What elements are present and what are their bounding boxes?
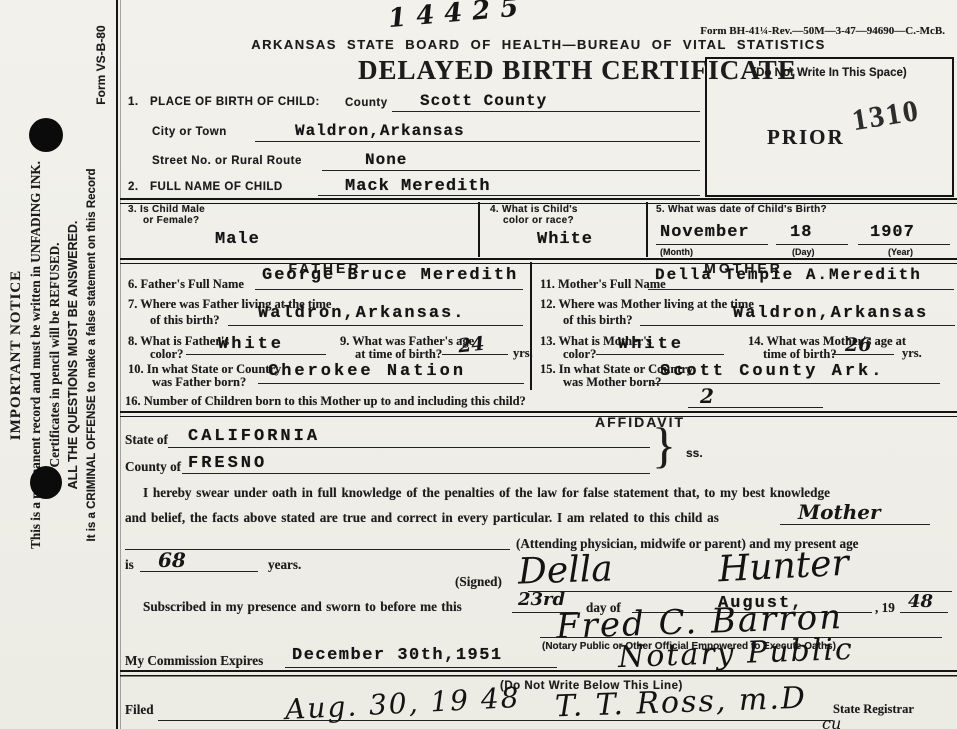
signed-label: (Signed) bbox=[455, 574, 502, 590]
side-form-number: Form VS-B-80 bbox=[94, 12, 108, 118]
sex-value: Male bbox=[215, 230, 260, 249]
filed-label: Filed bbox=[125, 702, 154, 718]
county-of-label: County of bbox=[125, 459, 181, 475]
county-label: County bbox=[345, 97, 388, 109]
field-4-label-2: color or race? bbox=[503, 215, 574, 226]
child-name-line bbox=[318, 195, 700, 196]
field-12-label-2: of this birth? bbox=[563, 313, 632, 328]
mother-birthplace-line bbox=[652, 383, 940, 384]
field-10-label-2: was Father born? bbox=[152, 375, 246, 390]
field-4-label: 4. What is Child's bbox=[490, 204, 578, 215]
father-name-value: George Bruce Meredith bbox=[262, 266, 518, 285]
mother-name-value: Della Tempie A.Meredith bbox=[655, 266, 922, 284]
field-13-label-2: color? bbox=[563, 347, 596, 362]
affiant-signature-first: Della bbox=[517, 548, 613, 592]
father-birthplace-line bbox=[258, 383, 524, 384]
field-12-label: 12. Where was Mother living at the time bbox=[540, 297, 754, 312]
father-name-line bbox=[255, 289, 523, 290]
father-residence-value: Waldron,Arkansas. bbox=[258, 304, 465, 323]
registrar-signature: T. T. Ross, m.D bbox=[554, 681, 807, 725]
do-not-write-box: (Do Not Write In This Space) PRIOR 1310 bbox=[705, 57, 954, 197]
registrar-initials: cu bbox=[822, 714, 841, 729]
county-value: Scott County bbox=[420, 92, 547, 110]
parent-divider bbox=[530, 262, 532, 390]
cell-divider bbox=[646, 202, 648, 257]
notice-title: IMPORTANT NOTICE bbox=[7, 33, 26, 677]
mother-residence-line bbox=[640, 325, 955, 326]
field-2-number: 2. bbox=[128, 181, 139, 193]
field-3-label-2: or Female? bbox=[143, 215, 199, 226]
margin-border-line-2 bbox=[120, 0, 121, 729]
relation-value: Mother bbox=[798, 500, 881, 524]
month-caption: (Month) bbox=[660, 247, 693, 257]
day-line bbox=[776, 244, 848, 245]
city-value: Waldron,Arkansas bbox=[295, 122, 465, 140]
street-label: Street No. or Rural Route bbox=[152, 155, 302, 167]
field-1-number: 1. bbox=[128, 96, 139, 108]
father-age-unit: yrs. bbox=[513, 346, 533, 361]
mother-residence-value: Waldron,Arkansas bbox=[733, 304, 928, 323]
year-line bbox=[858, 244, 950, 245]
birth-month-value: November bbox=[660, 223, 750, 242]
field-16-label: 16. Number of Children born to this Moth… bbox=[125, 394, 526, 409]
ss-brace: } bbox=[652, 416, 676, 474]
father-residence-line bbox=[228, 325, 523, 326]
field-5-label: 5. What was date of Child's Birth? bbox=[656, 204, 827, 215]
commission-label: My Commission Expires bbox=[125, 653, 263, 669]
year-prefix: , 19 bbox=[875, 600, 895, 616]
notice-line: It is a CRIMINAL OFFENSE to make a false… bbox=[83, 33, 102, 677]
relation-line bbox=[780, 524, 930, 525]
field-14-label-2: time of birth? bbox=[763, 347, 837, 362]
mother-birthplace-value: Scott County Ark. bbox=[660, 362, 884, 381]
age-value: 68 bbox=[158, 548, 186, 572]
state-value: CALIFORNIA bbox=[188, 427, 320, 446]
ss-label: ss. bbox=[686, 446, 703, 460]
mother-age-line bbox=[832, 354, 894, 355]
father-age-line bbox=[442, 354, 508, 355]
subscribed-label: Subscribed in my presence and sworn to b… bbox=[143, 599, 462, 615]
margin-border-line bbox=[116, 0, 118, 729]
mother-color-value: White bbox=[618, 335, 684, 354]
affiant-signature-last: Hunter bbox=[717, 543, 850, 591]
serial-number-handwritten: 14425 bbox=[387, 0, 530, 34]
agency-name: ARKANSAS STATE BOARD OF HEALTH—BUREAU OF… bbox=[120, 37, 957, 52]
years-label: years. bbox=[268, 557, 301, 573]
field-7-label-2: of this birth? bbox=[150, 313, 219, 328]
field-15-label-2: was Mother born? bbox=[563, 375, 661, 390]
footer-divider-2 bbox=[120, 676, 957, 677]
commission-line bbox=[285, 667, 557, 668]
field-3-label: 3. Is Child Male bbox=[128, 204, 205, 215]
month-line bbox=[656, 244, 768, 245]
state-label: State of bbox=[125, 432, 168, 448]
county-of-value: FRESNO bbox=[188, 454, 267, 473]
notary-title-handwritten: Notary Public bbox=[617, 632, 854, 675]
county-of-line bbox=[182, 473, 650, 474]
father-birthplace-value: Cherokee Nation bbox=[268, 362, 466, 381]
filed-line bbox=[158, 720, 833, 721]
father-color-value: White bbox=[218, 335, 284, 354]
year-caption: (Year) bbox=[888, 247, 913, 257]
street-value: None bbox=[365, 151, 407, 169]
commission-value: December 30th,1951 bbox=[292, 646, 503, 665]
section-divider bbox=[120, 411, 957, 417]
delayed-birth-certificate: IMPORTANT NOTICE This is a permanent rec… bbox=[0, 0, 957, 729]
field-9-label-2: at time of birth? bbox=[355, 347, 442, 362]
registrar-label: State Registrar bbox=[833, 702, 914, 717]
cell-divider bbox=[478, 202, 480, 257]
day-caption: (Day) bbox=[792, 247, 815, 257]
sworn-year-line bbox=[900, 612, 948, 613]
county-line bbox=[392, 111, 700, 112]
age-line bbox=[140, 571, 258, 572]
field-6-label: 6. Father's Full Name bbox=[128, 277, 244, 292]
field-1-label: PLACE OF BIRTH OF CHILD: bbox=[150, 96, 320, 108]
prior-stamp: PRIOR bbox=[767, 125, 845, 150]
field-2-label: FULL NAME OF CHILD bbox=[150, 181, 283, 193]
father-color-line bbox=[186, 354, 326, 355]
mother-age-unit: yrs. bbox=[902, 346, 922, 361]
child-name-value: Mack Meredith bbox=[345, 177, 491, 196]
form-number: Form BH-41¼-Rev.—50M—3-47—94690—C.-McB. bbox=[700, 25, 945, 37]
notice-line: ALL THE QUESTIONS MUST BE ANSWERED. bbox=[64, 33, 83, 677]
birth-year-value: 1907 bbox=[870, 223, 915, 242]
city-label: City or Town bbox=[152, 126, 227, 138]
punch-hole-bottom bbox=[30, 466, 62, 499]
street-line bbox=[322, 170, 700, 171]
field-11-label: 11. Mother's Full Name bbox=[540, 277, 666, 292]
children-count-line bbox=[688, 407, 823, 408]
is-label: is bbox=[125, 557, 134, 573]
race-value: White bbox=[537, 230, 593, 249]
birth-day-value: 18 bbox=[790, 223, 812, 242]
children-count-value: 2 bbox=[700, 384, 714, 408]
city-line bbox=[255, 141, 700, 142]
mother-age-value: 26 bbox=[845, 334, 871, 356]
mother-name-line bbox=[648, 289, 954, 290]
affidavit-line-1: I hereby swear under oath in full knowle… bbox=[143, 485, 830, 501]
number-stamp: 1310 bbox=[850, 94, 922, 138]
punch-hole-top bbox=[29, 118, 63, 152]
affidavit-line-2: and belief, the facts above stated are t… bbox=[125, 510, 719, 526]
signature-line bbox=[528, 591, 952, 592]
mother-color-line bbox=[596, 354, 724, 355]
state-line bbox=[168, 447, 650, 448]
field-8-label-2: color? bbox=[150, 347, 183, 362]
sworn-year-value: 48 bbox=[908, 591, 933, 612]
box-note: (Do Not Write In This Space) bbox=[707, 67, 952, 79]
